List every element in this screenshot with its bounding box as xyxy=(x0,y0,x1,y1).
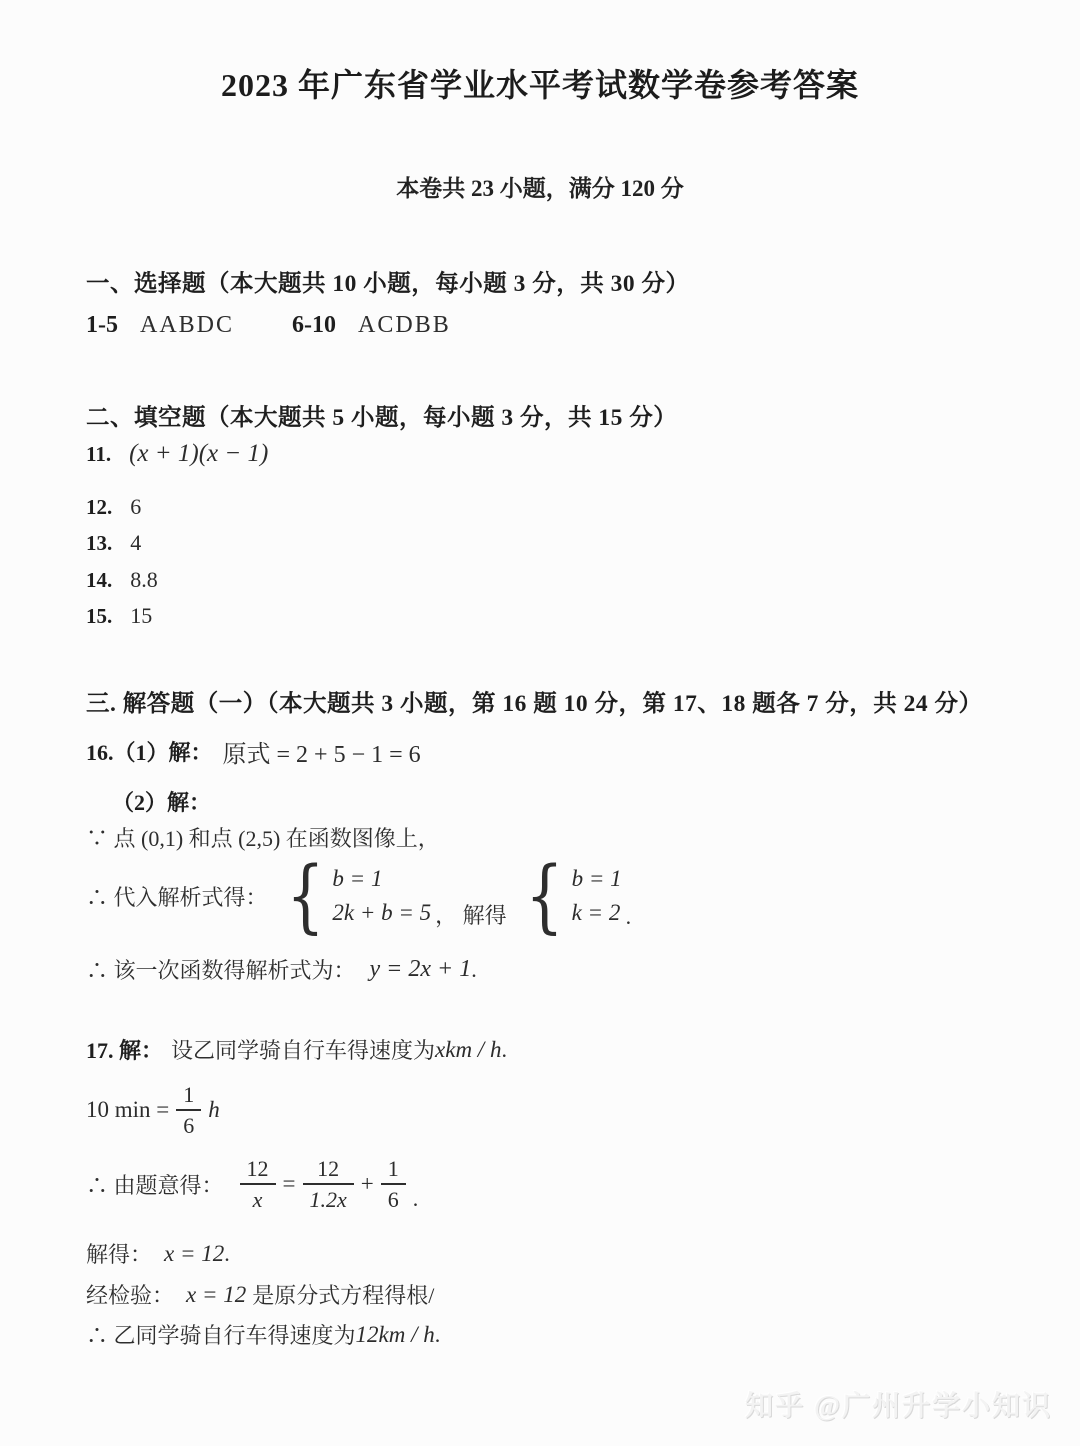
system1-equation-1: b = 1 xyxy=(332,866,431,892)
q17-speed-variable: xkm / h xyxy=(435,1037,501,1063)
answer-letters-6-10: ACDBB xyxy=(358,312,451,338)
q16-part2-label: （2）解： xyxy=(112,786,211,817)
fraction-12-over-x: 12 x xyxy=(240,1156,276,1212)
q16-part1-line: 16.（1）解： 原式 = 2 + 5 − 1 = 6 xyxy=(86,734,421,769)
fill-item-11-number: 11. xyxy=(86,442,111,466)
zhihu-watermark: 知乎 @广州升学小知识 xyxy=(745,1384,1052,1424)
q17-time-conversion-line: 10 min = 1 6 h xyxy=(86,1082,220,1138)
q17-equation-period: . xyxy=(413,1186,419,1212)
q17-label: 17. 解： xyxy=(86,1034,163,1065)
system2-equation-2: k = 2 xyxy=(572,900,622,926)
q17-equation-line: ∴ 由题意得： 12 x = 12 1.2x + 1 6 . xyxy=(86,1156,418,1212)
fraction-denominator: 6 xyxy=(176,1111,201,1138)
fill-item-14-answer: 8.8 xyxy=(130,567,158,592)
fill-item-14: 14.8.8 xyxy=(86,567,158,593)
q17-solve-label: 解得： xyxy=(86,1238,152,1269)
fill-item-15: 15.15 xyxy=(86,603,152,629)
left-brace-glyph: { xyxy=(286,862,324,930)
section3-heading: 三. 解答题（一）（本大题共 3 小题，第 16 题 10 分，第 17、18 … xyxy=(86,684,983,718)
q16-part1-label: 16.（1）解： xyxy=(86,736,213,767)
section2-heading: 二、填空题（本大题共 5 小题，每小题 3 分，共 15 分） xyxy=(86,398,677,432)
q16-line2-period: . xyxy=(626,904,632,930)
answer-range-6-10: 6-10 xyxy=(292,312,336,338)
q16-solve-connector: ， 解得 xyxy=(435,899,507,930)
fraction-numerator: 12 xyxy=(303,1156,354,1185)
fraction-denominator: x xyxy=(240,1185,276,1212)
q17-intro-text: 设乙同学骑自行车得速度为 xyxy=(171,1034,435,1065)
q17-time-prefix: 10 min = xyxy=(86,1097,169,1123)
q16-substitution-line: ∴ 代入解析式得： { b = 1 2k + b = 5 ， 解得 { b = … xyxy=(86,862,631,930)
section1-heading: 一、选择题（本大题共 10 小题，每小题 3 分，共 30 分） xyxy=(86,264,690,298)
fill-item-13: 13.4 xyxy=(86,530,141,556)
q16-function-expression: y = 2x + 1 xyxy=(370,956,472,983)
q16-conclusion-line: ∴ 该一次函数得解析式为： y = 2x + 1 . xyxy=(86,954,477,985)
q17-solve-line: 解得： x = 12 . xyxy=(86,1238,230,1269)
fill-item-12-answer: 6 xyxy=(130,494,141,519)
fraction-denominator: 1.2x xyxy=(303,1185,354,1212)
q17-conclusion-period: . xyxy=(435,1322,441,1348)
fraction-one-sixth-2: 1 6 xyxy=(381,1156,406,1212)
answer-range-1-5: 1-5 xyxy=(86,312,118,338)
system2-equation-1: b = 1 xyxy=(572,866,622,892)
q17-check-line: 经检验： x = 12 是原分式方程得根/ xyxy=(86,1279,434,1310)
q17-conclusion-text: ∴ 乙同学骑自行车得速度为 xyxy=(86,1319,356,1350)
fill-item-11-answer: (x + 1)(x − 1) xyxy=(129,440,268,467)
q17-check-value: x = 12 xyxy=(186,1282,246,1308)
q17-solve-period: . xyxy=(224,1241,230,1267)
q16-substitution-prefix: ∴ 代入解析式得： xyxy=(86,881,268,912)
fill-item-13-number: 13. xyxy=(86,531,112,555)
fraction-numerator: 1 xyxy=(381,1156,406,1185)
fraction-numerator: 12 xyxy=(240,1156,276,1185)
fill-item-15-answer: 15 xyxy=(130,603,152,628)
fill-item-13-answer: 4 xyxy=(130,530,141,555)
document-page: 2023 年广东省学业水平考试数学卷参考答案 本卷共 23 小题，满分 120 … xyxy=(0,0,1080,1446)
q17-check-label: 经检验： xyxy=(86,1279,174,1310)
q17-intro-period: . xyxy=(501,1037,507,1063)
fill-item-11: 11.(x + 1)(x − 1) xyxy=(86,440,268,468)
q16-conclusion-prefix: ∴ 该一次函数得解析式为： xyxy=(86,954,356,985)
fraction-numerator: 1 xyxy=(176,1082,201,1111)
plus-sign: + xyxy=(361,1171,374,1197)
fill-item-15-number: 15. xyxy=(86,604,112,628)
multiple-choice-answers: 1-5AABDC6-10ACDBB xyxy=(86,312,451,339)
equation-system-1: { b = 1 2k + b = 5 xyxy=(280,862,432,930)
q16-given-points-text: ∵ 点 (0,1) 和点 (2,5) 在函数图像上， xyxy=(86,822,440,853)
q17-time-unit: h xyxy=(208,1097,220,1123)
q17-equation-prefix: ∴ 由题意得： xyxy=(86,1169,224,1200)
page-title: 2023 年广东省学业水平考试数学卷参考答案 xyxy=(0,60,1080,106)
fill-item-12: 12.6 xyxy=(86,494,141,520)
system1-equation-2: 2k + b = 5 xyxy=(332,900,431,926)
q17-conclusion-speed: 12km / h xyxy=(356,1322,435,1348)
answer-letters-1-5: AABDC xyxy=(140,312,234,338)
q17-check-text: 是原分式方程得根/ xyxy=(252,1279,434,1310)
fill-item-12-number: 12. xyxy=(86,495,112,519)
q16-part1-math: 原式 = 2 + 5 − 1 = 6 xyxy=(223,734,421,769)
left-brace-glyph: { xyxy=(525,862,563,930)
q17-solve-result: x = 12 xyxy=(164,1241,224,1267)
q16-given-points-line: ∵ 点 (0,1) 和点 (2,5) 在函数图像上， xyxy=(86,822,440,853)
q17-conclusion-line: ∴ 乙同学骑自行车得速度为 12km / h . xyxy=(86,1319,440,1350)
fraction-denominator: 6 xyxy=(381,1185,406,1212)
page-subtitle: 本卷共 23 小题，满分 120 分 xyxy=(0,170,1080,203)
equals-sign: = xyxy=(283,1171,296,1197)
fraction-12-over-1-2x: 12 1.2x xyxy=(303,1156,354,1212)
fraction-one-sixth: 1 6 xyxy=(176,1082,201,1138)
q17-intro-line: 17. 解： 设乙同学骑自行车得速度为 xkm / h . xyxy=(86,1034,507,1065)
equation-system-2: { b = 1 k = 2 xyxy=(519,862,622,930)
fill-item-14-number: 14. xyxy=(86,568,112,592)
q16-part2-label-line: （2）解： xyxy=(112,786,211,817)
q16-line3-period: . xyxy=(471,957,477,983)
